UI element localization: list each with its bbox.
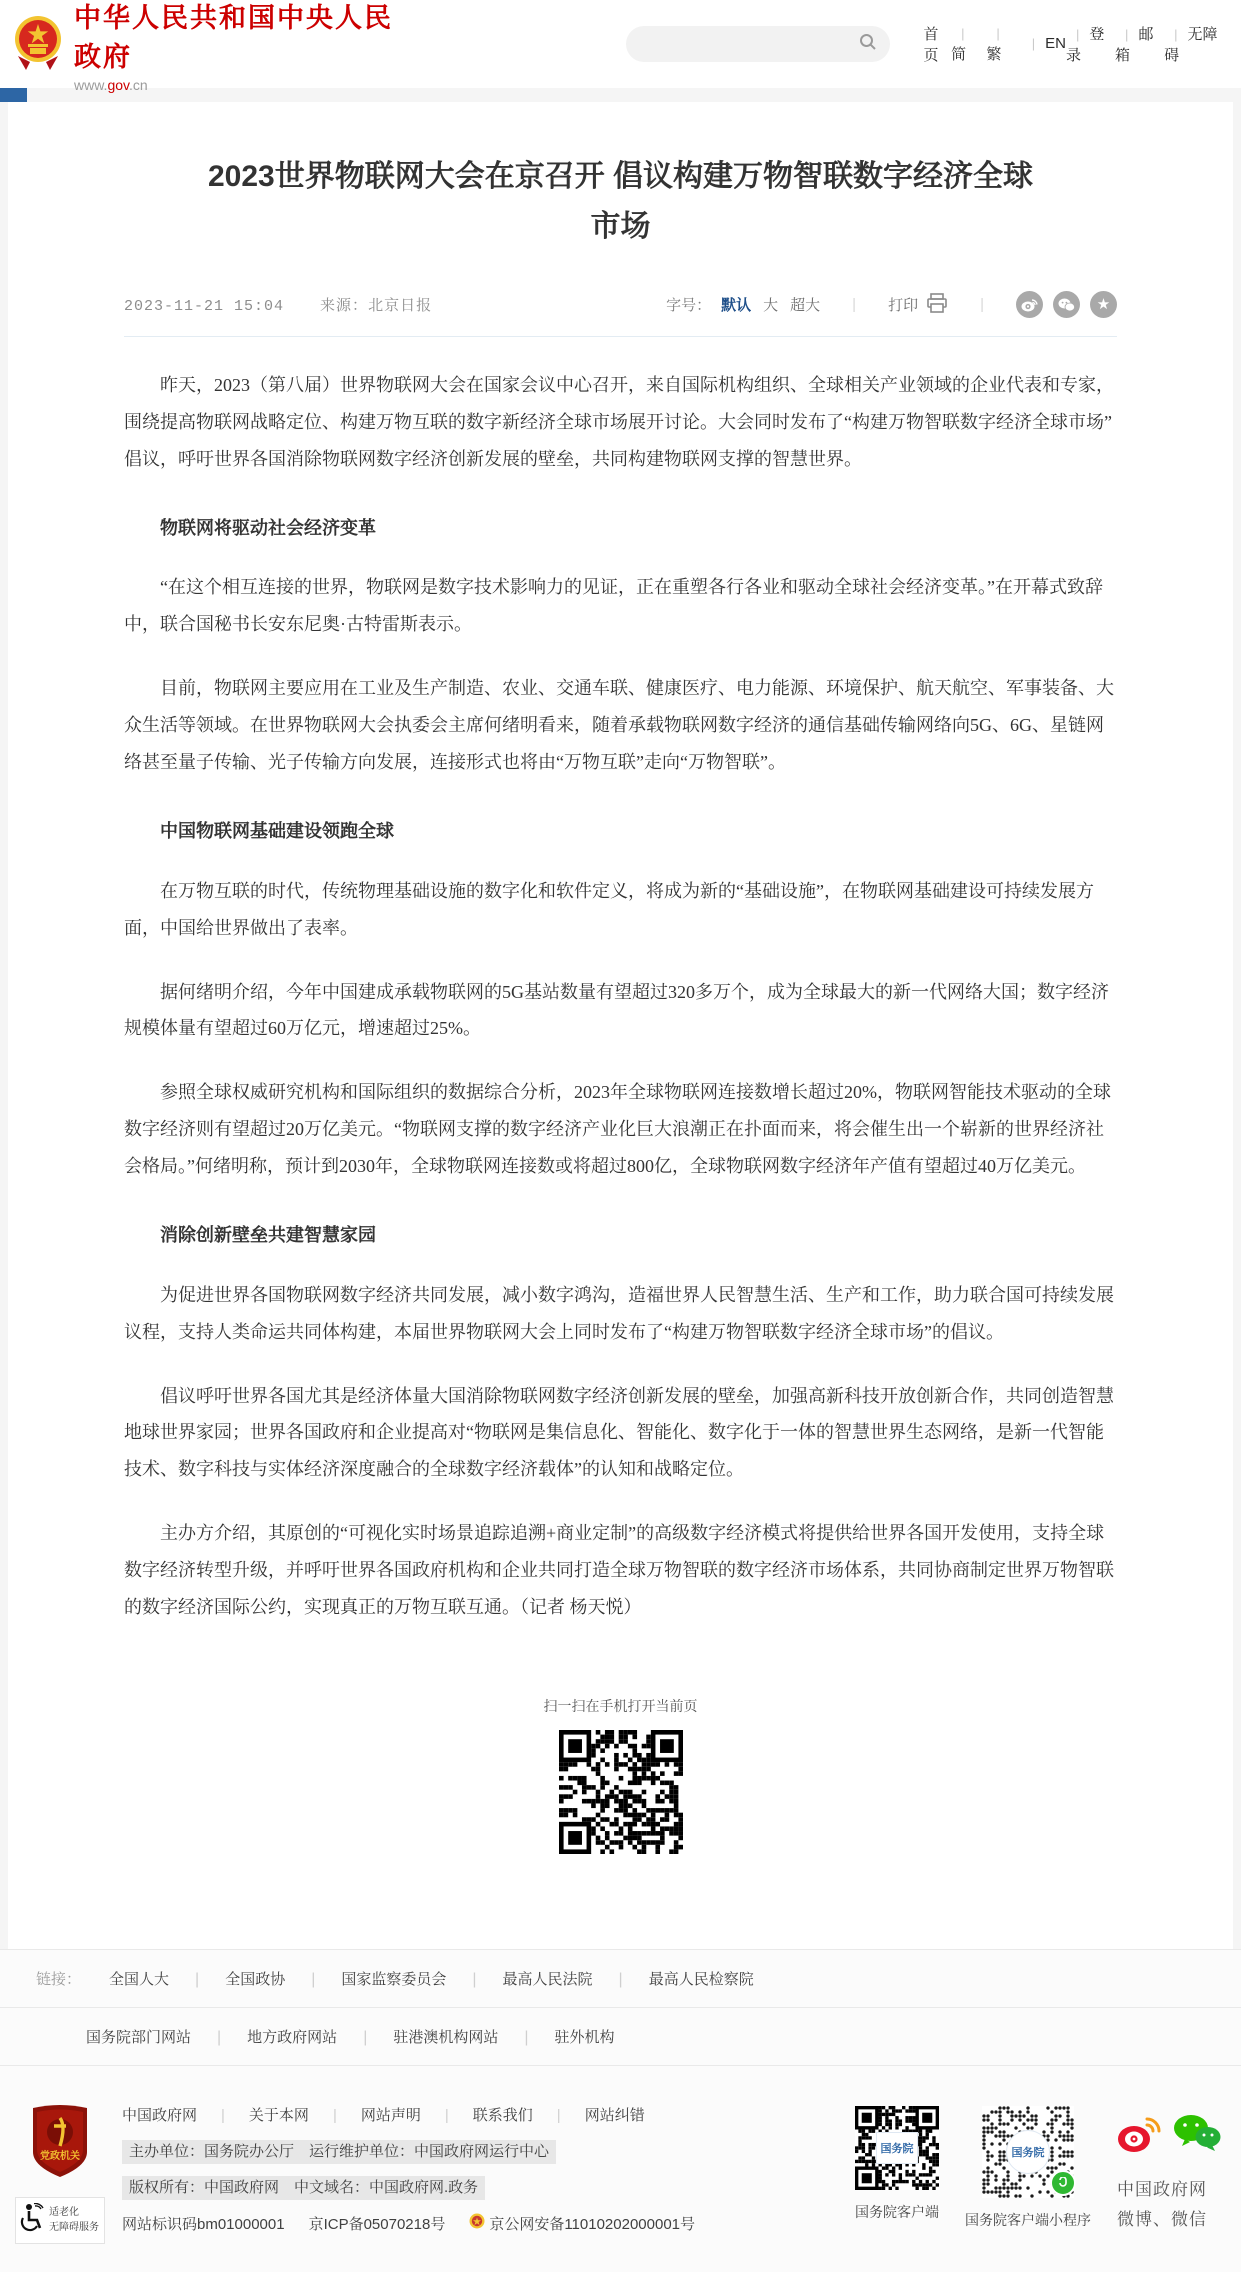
police-emblem-icon <box>469 2213 485 2233</box>
footer-link[interactable]: 最高人民检察院 <box>649 1971 754 1988</box>
top-nav-link[interactable]: EN <box>1045 35 1066 52</box>
article-meta-row: 2023-11-21 15:04 来源：北京日报 字号： 默认大超大 | 打印 … <box>124 291 1117 337</box>
wheelchair-icon <box>19 2203 45 2238</box>
search-box[interactable] <box>626 26 890 62</box>
qr-center-logo: 国务院 <box>1006 2130 1050 2174</box>
bottom-footer-link[interactable]: 网站声明 <box>361 2107 421 2124</box>
font-size-option[interactable]: 大 <box>763 294 778 315</box>
links-label: 链接： <box>36 1968 81 1989</box>
search-icon[interactable] <box>858 32 878 57</box>
weibo-icon[interactable] <box>1117 2115 1161 2158</box>
national-emblem-icon <box>14 12 62 77</box>
footer-link[interactable]: 全国政协 <box>225 1971 285 1988</box>
article-paragraph: 主办方介绍，其原创的“可视化实时场景追踪追溯+商业定制”的高级数字经济模式将提供… <box>124 1515 1117 1626</box>
font-size-option[interactable]: 超大 <box>790 294 820 315</box>
font-size-option[interactable]: 默认 <box>721 294 751 315</box>
print-button[interactable]: 打印 <box>888 293 948 317</box>
accessibility-label-1: 适老化 <box>49 2205 99 2220</box>
footer-link[interactable]: 国家监察委员会 <box>341 1971 446 1988</box>
bottom-footer-link[interactable]: 联系我们 <box>473 2107 533 2124</box>
site-url: www.gov.cn <box>74 77 421 93</box>
bottom-footer: 党政机关 适老化 无障碍服务 <box>0 2065 1241 2272</box>
sponsor-line: 主办单位：国务院办公厅 运行维护单位：中国政府网运行中心 <box>122 2140 556 2164</box>
svg-text:党政机关: 党政机关 <box>40 2149 80 2162</box>
footer-link[interactable]: 全国人大 <box>109 1971 169 1988</box>
article-paragraph: 参照全球权威研究机构和国际组织的数据综合分析，2023年全球物联网连接数增长超过… <box>124 1074 1117 1185</box>
top-nav-link[interactable]: 简 <box>951 46 966 63</box>
wechat-icon[interactable] <box>1173 2114 1221 2159</box>
footer-links-row-1: 链接： 全国人大全国政协国家监察委员会最高人民法院最高人民检察院 <box>0 1949 1241 2007</box>
source-label: 来源： <box>320 298 368 315</box>
article-paragraph: 物联网将驱动社会经济变革 <box>124 514 1117 543</box>
bottom-footer-link[interactable]: 网站纠错 <box>585 2107 645 2124</box>
article-title: 2023世界物联网大会在京召开 倡议构建万物智联数字经济全球市场 <box>206 152 1036 251</box>
article-paragraph: 消除创新壁垒共建智慧家园 <box>124 1221 1117 1250</box>
star-icon: ★ <box>1097 297 1110 312</box>
qr-label: 国务院客户端 <box>855 2202 939 2222</box>
footer-link[interactable]: 最高人民法院 <box>503 1971 593 1988</box>
footer-links-row-2: 国务院部门网站地方政府网站驻港澳机构网站驻外机构 <box>0 2007 1241 2065</box>
accessibility-badge[interactable]: 适老化 无障碍服务 <box>15 2197 105 2244</box>
article-paragraph: 昨天，2023（第八届）世界物联网大会在国家会议中心召开，来自国际机构组织、全球… <box>124 367 1117 478</box>
social-caption: 中国政府网 微博、微信 <box>1117 2175 1221 2236</box>
top-nav-link[interactable]: 首页 <box>924 26 939 64</box>
top-nav-link[interactable]: 繁 <box>986 46 1001 63</box>
site-logo[interactable]: 中华人民共和国中央人民政府 www.gov.cn <box>14 0 421 93</box>
police-record[interactable]: 京公网安备11010202000001号 <box>469 2213 695 2234</box>
article-paragraph: 倡议呼吁世界各国尤其是经济体量大国消除物联网数字经济创新发展的壁垒，加强高新科技… <box>124 1378 1117 1489</box>
share-wechat-button[interactable] <box>1053 291 1080 318</box>
mini-program-icon <box>1050 2170 1076 2196</box>
icp-number[interactable]: 京ICP备05070218号 <box>309 2213 446 2234</box>
font-size-label: 字号： <box>666 294 711 315</box>
page-footer: 链接： 全国人大全国政协国家监察委员会最高人民法院最高人民检察院 国务院部门网站… <box>0 1949 1241 2272</box>
source-name[interactable]: 北京日报 <box>368 298 432 315</box>
share-favorite-button[interactable]: ★ <box>1090 291 1117 318</box>
bottom-footer-link[interactable]: 关于本网 <box>249 2107 309 2124</box>
divider: | <box>980 296 984 313</box>
qr-caption: 扫一扫在手机打开当前页 <box>124 1696 1117 1716</box>
top-nav-link[interactable]: 登录 <box>1066 26 1104 64</box>
qr-center-logo: 国务院 <box>876 2132 918 2164</box>
footer-link[interactable]: 驻港澳机构网站 <box>393 2029 498 2046</box>
bottom-links: 中国政府网关于本网网站声明联系我们网站纠错 <box>122 2104 855 2125</box>
site-header: 中华人民共和国中央人民政府 www.gov.cn 首页简繁EN登录邮箱无障碍 <box>0 0 1241 88</box>
accessibility-label-2: 无障碍服务 <box>49 2220 99 2235</box>
article-paragraph: 目前，物联网主要应用在工业及生产制造、农业、交通车联、健康医疗、电力能源、环境保… <box>124 670 1117 781</box>
article-paragraph: 为促进世界各国物联网数字经济共同发展，减小数字鸿沟，造福世界人民智慧生活、生产和… <box>124 1277 1117 1351</box>
site-title: 中华人民共和国中央人民政府 <box>74 0 421 74</box>
qr-label: 国务院客户端小程序 <box>965 2210 1091 2230</box>
dangzheng-badge[interactable]: 党政机关 <box>31 2104 89 2183</box>
nav-bar-fragment <box>0 88 27 102</box>
article-paragraph: 在万物互联的时代，传统物理基础设施的数字化和软件定义，将成为新的“基础设施”，在… <box>124 873 1117 947</box>
article-body: 昨天，2023（第八届）世界物联网大会在国家会议中心召开，来自国际机构组织、全球… <box>124 367 1117 1626</box>
wechat-icon <box>1058 298 1075 312</box>
divider: | <box>852 296 856 313</box>
printer-icon <box>926 293 948 317</box>
footer-link[interactable]: 国务院部门网站 <box>86 2029 191 2046</box>
top-nav-link[interactable]: 邮箱 <box>1115 26 1153 64</box>
share-weibo-button[interactable] <box>1016 291 1043 318</box>
top-navigation: 首页简繁EN登录邮箱无障碍 <box>924 23 1228 65</box>
weibo-icon <box>1021 297 1038 312</box>
article-paragraph: 中国物联网基础建设领跑全球 <box>124 817 1117 846</box>
bottom-footer-link[interactable]: 中国政府网 <box>122 2107 197 2124</box>
article-qr-code <box>559 1730 683 1854</box>
article-paragraph: 据何绪明介绍，今年中国建成承载物联网的5G基站数量有望超过320多万个，成为全球… <box>124 974 1117 1048</box>
article-container: 2023世界物联网大会在京召开 倡议构建万物智联数字经济全球市场 2023-11… <box>8 102 1233 1949</box>
search-input[interactable] <box>638 35 858 53</box>
qr-section: 扫一扫在手机打开当前页 <box>124 1696 1117 1854</box>
copyright-line: 版权所有：中国政府网 中文域名：中国政府网.政务 <box>122 2176 485 2200</box>
footer-link[interactable]: 驻外机构 <box>555 2029 615 2046</box>
article-paragraph: “在这个相互连接的世界，物联网是数字技术影响力的见证，正在重塑各行各业和驱动全球… <box>124 569 1117 643</box>
footer-link[interactable]: 地方政府网站 <box>247 2029 337 2046</box>
publish-time: 2023-11-21 15:04 <box>124 298 284 315</box>
top-nav-link[interactable]: 无障碍 <box>1164 26 1217 64</box>
site-identifier-code: 网站标识码bm01000001 <box>122 2213 285 2234</box>
